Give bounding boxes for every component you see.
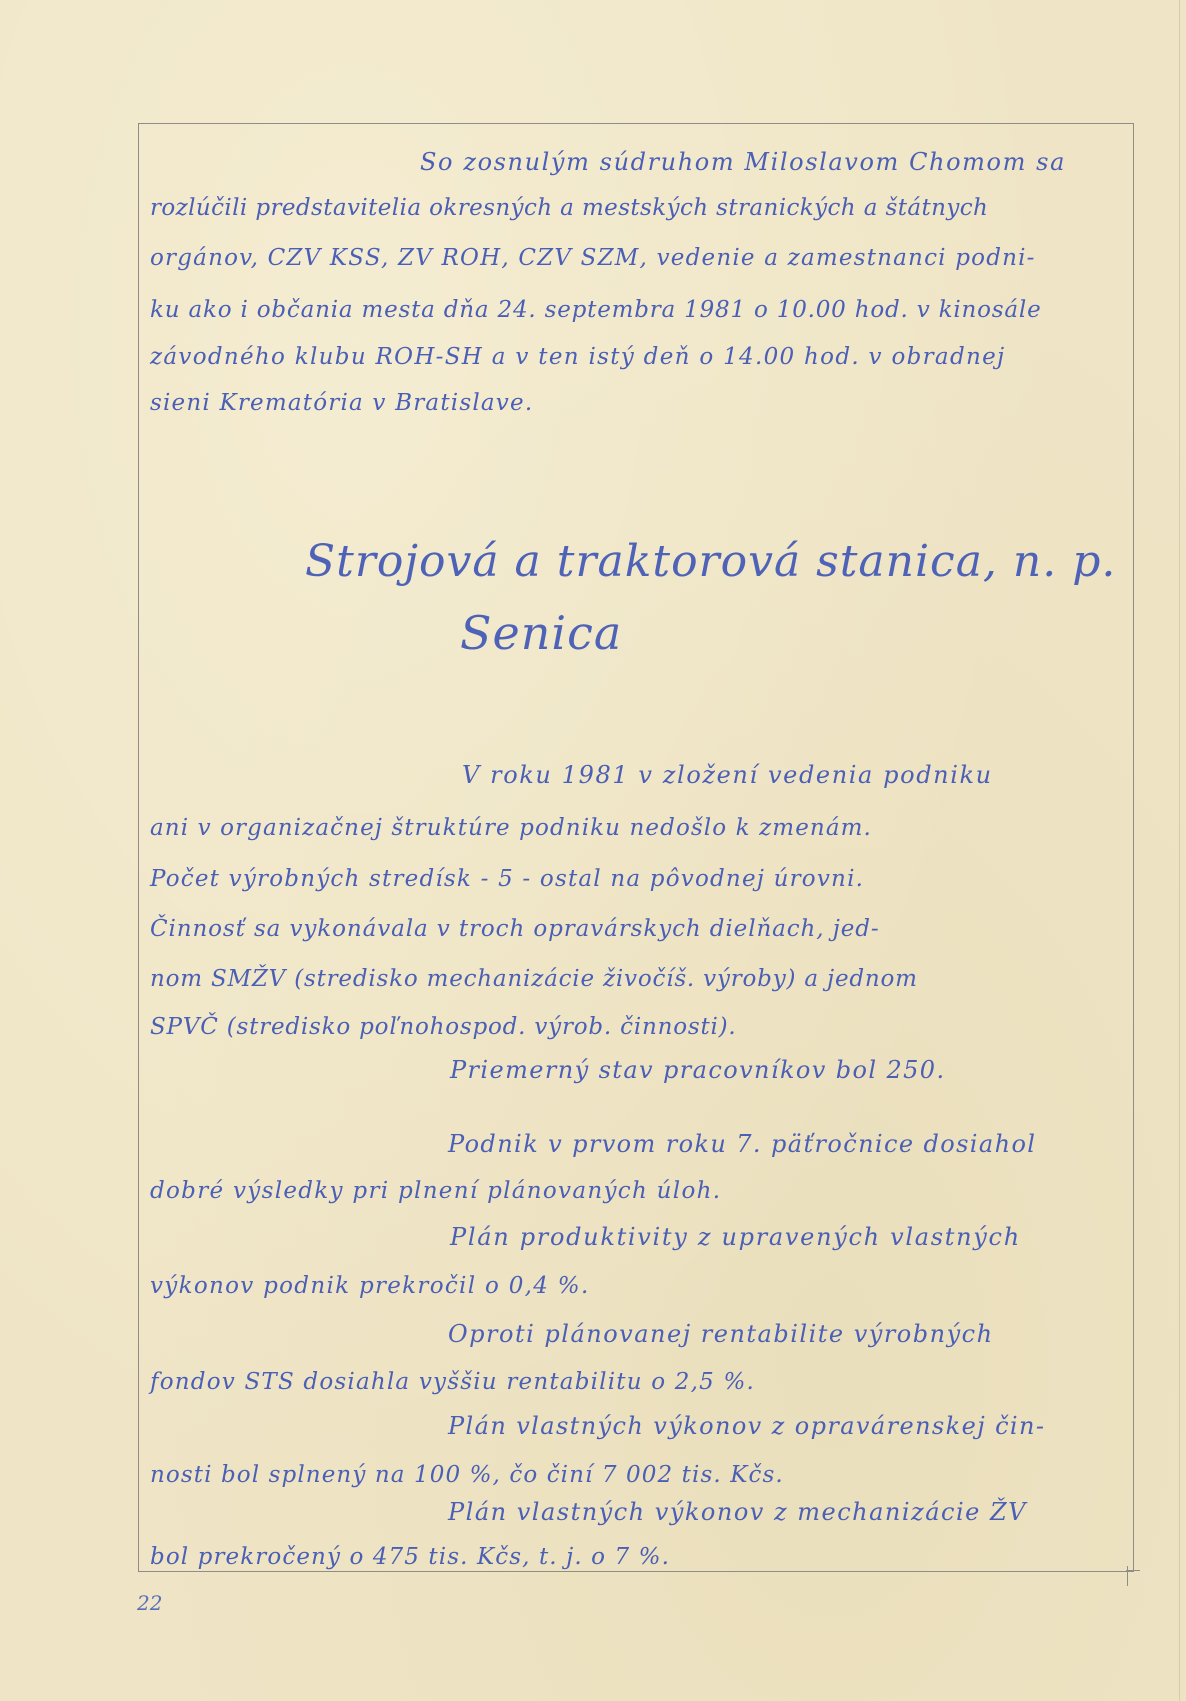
page-edge bbox=[1179, 0, 1180, 1701]
body-line: Priemerný stav pracovníkov bol 250. bbox=[450, 1058, 946, 1082]
body-line: fondov STS dosiahla vyššiu rentabilitu o… bbox=[150, 1371, 755, 1394]
body-line: Plán vlastných výkonov z opravárenskej č… bbox=[448, 1414, 1045, 1438]
body-line: Plán vlastných výkonov z mechanizácie ŽV bbox=[448, 1500, 1027, 1524]
page-number: 22 bbox=[137, 1591, 162, 1615]
ruled-frame bbox=[138, 123, 1134, 1572]
body-line: dobré výsledky pri plnení plánovaných úl… bbox=[150, 1180, 721, 1203]
intro-line: závodného klubu ROH-SH a v ten istý deň … bbox=[150, 346, 1005, 369]
frame-corner-tick bbox=[1126, 1570, 1140, 1571]
intro-line: sieni Krematória v Bratislave. bbox=[150, 392, 533, 415]
heading-title: Strojová a traktorová stanica, n. p. bbox=[305, 540, 1116, 584]
intro-line: orgánov, CZV KSS, ZV ROH, CZV SZM, veden… bbox=[150, 247, 1036, 270]
body-line: Činnosť sa vykonávala v troch opravársky… bbox=[150, 918, 880, 941]
body-line: ani v organizačnej štruktúre podniku ned… bbox=[150, 817, 872, 840]
body-line: Podnik v prvom roku 7. päťročnice dosiah… bbox=[448, 1132, 1036, 1156]
body-line: výkonov podnik prekročil o 0,4 %. bbox=[150, 1275, 590, 1298]
body-line: V roku 1981 v zložení vedenia podniku bbox=[462, 763, 993, 787]
body-line: nom SMŽV (stredisko mechanizácie živočíš… bbox=[150, 968, 918, 991]
body-line: SPVČ (stredisko poľnohospod. výrob. činn… bbox=[150, 1016, 737, 1039]
body-line: bol prekročený o 475 tis. Kčs, t. j. o 7… bbox=[150, 1546, 670, 1569]
intro-line: So zosnulým súdruhom Miloslavom Chomom s… bbox=[420, 150, 1066, 174]
body-line: nosti bol splnený na 100 %, čo činí 7 00… bbox=[150, 1464, 784, 1487]
body-line: Plán produktivity z upravených vlastných bbox=[450, 1225, 1021, 1249]
heading-subtitle: Senica bbox=[460, 610, 622, 656]
intro-line: rozlúčili predstavitelia okresných a mes… bbox=[150, 197, 988, 220]
intro-line: ku ako i občania mesta dňa 24. septembra… bbox=[150, 299, 1041, 322]
body-line: Počet výrobných stredísk - 5 - ostal na … bbox=[150, 868, 864, 891]
frame-corner-tick bbox=[1127, 1566, 1128, 1586]
body-line: Oproti plánovanej rentabilite výrobných bbox=[448, 1322, 994, 1346]
